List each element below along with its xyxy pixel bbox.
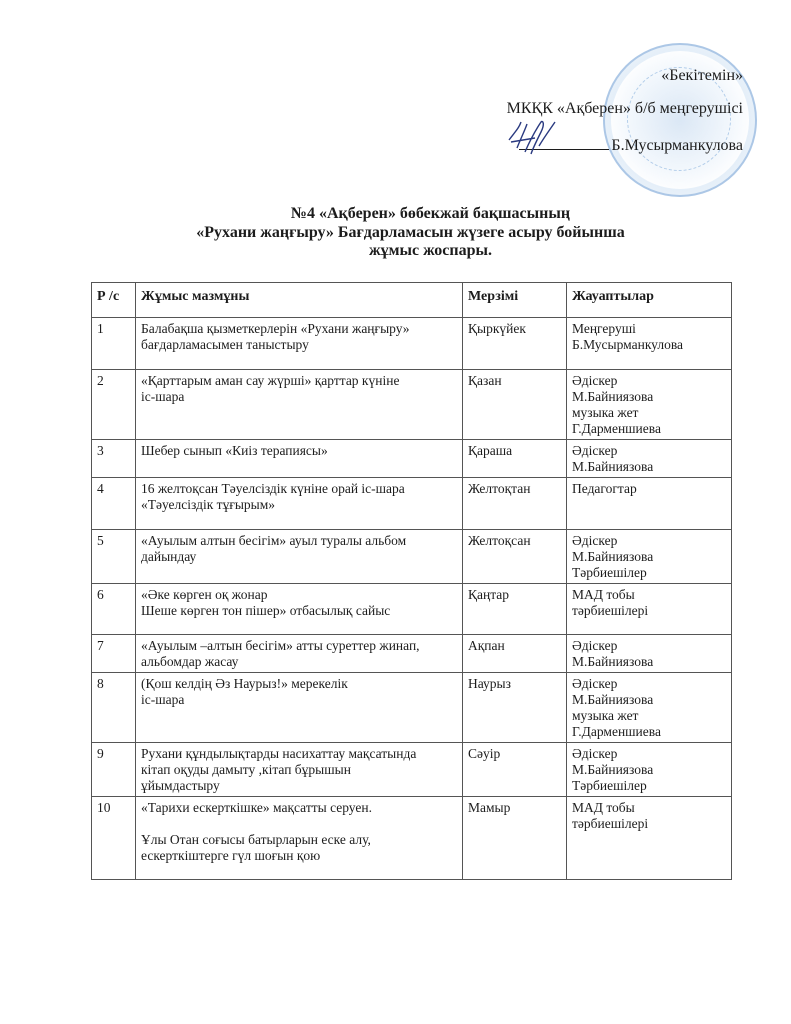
cell-responsible: МАД тобытәрбиешілері bbox=[567, 797, 732, 880]
cell-term: Қараша bbox=[463, 440, 567, 478]
title-line-2: «Рухани жаңғыру» Бағдарламасын жүзеге ас… bbox=[30, 224, 791, 243]
cell-responsible: МАД тобытәрбиешілері bbox=[567, 584, 732, 635]
cell-responsible-line: М.Байниязова bbox=[572, 654, 727, 670]
cell-number: 6 bbox=[92, 584, 136, 635]
table-row: 10«Тарихи ескерткішке» мақсатты серуен.Ұ… bbox=[92, 797, 732, 880]
cell-content: 16 желтоқсан Тәуелсіздік күніне орай іс-… bbox=[136, 478, 463, 530]
cell-content: «Ауылым –алтын бесігім» атты суреттер жи… bbox=[136, 635, 463, 673]
cell-content-line: «Тәуелсіздік тұғырым» bbox=[141, 497, 458, 513]
cell-content-line: «Әке көрген оқ жонар bbox=[141, 587, 458, 603]
cell-content: Балабақша қызметкерлерін «Рухани жаңғыру… bbox=[136, 318, 463, 370]
cell-responsible-line: Әдіскер bbox=[572, 676, 727, 692]
cell-responsible-line: Әдіскер bbox=[572, 443, 727, 459]
approver-name: Б.Мусырманкулова bbox=[611, 137, 743, 154]
cell-responsible-line: Г.Дарменшиева bbox=[572, 421, 727, 437]
cell-term: Қаңтар bbox=[463, 584, 567, 635]
cell-responsible: Педагогтар bbox=[567, 478, 732, 530]
cell-responsible-line: тәрбиешілері bbox=[572, 816, 727, 832]
cell-content: «Тарихи ескерткішке» мақсатты серуен.Ұлы… bbox=[136, 797, 463, 880]
cell-term: Желтоқсан bbox=[463, 530, 567, 584]
cell-responsible-line: М.Байниязова bbox=[572, 762, 727, 778]
cell-responsible: ӘдіскерМ.Байниязовамузыка жетГ.Дарменшие… bbox=[567, 673, 732, 743]
cell-content-line: альбомдар жасау bbox=[141, 654, 458, 670]
cell-responsible-line: Әдіскер bbox=[572, 746, 727, 762]
cell-content-line: (Қош келдің Әз Наурыз!» мерекелік bbox=[141, 676, 458, 692]
cell-content: «Қарттарым аман сау жүрші» қарттар күнін… bbox=[136, 370, 463, 440]
cell-responsible-line: М.Байниязова bbox=[572, 389, 727, 405]
cell-responsible-line: Әдіскер bbox=[572, 373, 727, 389]
cell-number: 5 bbox=[92, 530, 136, 584]
header-number: Р /с bbox=[92, 283, 136, 318]
work-plan-table: Р /с Жұмыс мазмұны Мерзімі Жауаптылар 1Б… bbox=[91, 282, 732, 880]
title-line-3: жұмыс жоспары. bbox=[70, 242, 791, 261]
cell-content-line: Рухани құндылықтарды насихаттау мақсатын… bbox=[141, 746, 458, 762]
approval-block: «Бекітемін» МКҚК «Ақберен» б/б меңгеруші… bbox=[0, 0, 791, 200]
table-row: 416 желтоқсан Тәуелсіздік күніне орай іс… bbox=[92, 478, 732, 530]
cell-content: Шебер сынып «Киіз терапиясы» bbox=[136, 440, 463, 478]
cell-content-line: дайындау bbox=[141, 549, 458, 565]
cell-content: «Ауылым алтын бесігім» ауыл туралы альбо… bbox=[136, 530, 463, 584]
cell-content-line: Шеше көрген тон пішер» отбасылық сайыс bbox=[141, 603, 458, 619]
cell-content-line: іс-шара bbox=[141, 389, 458, 405]
table-row: 7«Ауылым –алтын бесігім» атты суреттер ж… bbox=[92, 635, 732, 673]
header-responsible: Жауаптылар bbox=[567, 283, 732, 318]
cell-content-line: ұйымдастыру bbox=[141, 778, 458, 794]
cell-content-line: Балабақша қызметкерлерін «Рухани жаңғыру… bbox=[141, 321, 458, 337]
document-title: №4 «Ақберен» бөбекжай бақшасының «Рухани… bbox=[0, 205, 791, 261]
table-row: 5«Ауылым алтын бесігім» ауыл туралы альб… bbox=[92, 530, 732, 584]
cell-term: Желтоқтан bbox=[463, 478, 567, 530]
cell-responsible-line: музыка жет bbox=[572, 708, 727, 724]
cell-responsible-line: М.Байниязова bbox=[572, 459, 727, 475]
cell-term: Сәуір bbox=[463, 743, 567, 797]
cell-number: 10 bbox=[92, 797, 136, 880]
table-row: 1Балабақша қызметкерлерін «Рухани жаңғыр… bbox=[92, 318, 732, 370]
handwritten-signature-icon bbox=[505, 118, 565, 158]
cell-content: Рухани құндылықтарды насихаттау мақсатын… bbox=[136, 743, 463, 797]
cell-responsible: ӘдіскерМ.Байниязова bbox=[567, 440, 732, 478]
cell-number: 1 bbox=[92, 318, 136, 370]
cell-term: Қыркүйек bbox=[463, 318, 567, 370]
cell-content-line: кітап оқуды дамыту ,кітап бұрышын bbox=[141, 762, 458, 778]
table-row: 8(Қош келдің Әз Наурыз!» мерекелікіс-шар… bbox=[92, 673, 732, 743]
cell-responsible-line: МАД тобы bbox=[572, 800, 727, 816]
approval-label: «Бекітемін» bbox=[661, 67, 743, 85]
cell-content-line: 16 желтоқсан Тәуелсіздік күніне орай іс-… bbox=[141, 481, 458, 497]
approver-position: МКҚК «Ақберен» б/б меңгерушісі bbox=[507, 100, 743, 118]
cell-content-line: Шебер сынып «Киіз терапиясы» bbox=[141, 443, 458, 459]
table-row: 3Шебер сынып «Киіз терапиясы»ҚарашаӘдіск… bbox=[92, 440, 732, 478]
cell-responsible-line: музыка жет bbox=[572, 405, 727, 421]
cell-responsible: ӘдіскерМ.Байниязовамузыка жетГ.Дарменшие… bbox=[567, 370, 732, 440]
cell-responsible-line: Меңгеруші bbox=[572, 321, 727, 337]
cell-responsible: МеңгерушіБ.Мусырманкулова bbox=[567, 318, 732, 370]
cell-content: «Әке көрген оқ жонарШеше көрген тон піше… bbox=[136, 584, 463, 635]
cell-number: 3 bbox=[92, 440, 136, 478]
cell-content-line: «Қарттарым аман сау жүрші» қарттар күнін… bbox=[141, 373, 458, 389]
cell-content-line: «Ауылым алтын бесігім» ауыл туралы альбо… bbox=[141, 533, 458, 549]
cell-responsible: ӘдіскерМ.Байниязова bbox=[567, 635, 732, 673]
cell-responsible-line: Әдіскер bbox=[572, 533, 727, 549]
cell-responsible-line: Әдіскер bbox=[572, 638, 727, 654]
cell-responsible: Әдіскер М.БайниязоваТәрбиешілер bbox=[567, 530, 732, 584]
cell-responsible-line: М.Байниязова bbox=[572, 549, 727, 565]
cell-responsible-line: МАД тобы bbox=[572, 587, 727, 603]
table-row: 2«Қарттарым аман сау жүрші» қарттар күні… bbox=[92, 370, 732, 440]
table-header-row: Р /с Жұмыс мазмұны Мерзімі Жауаптылар bbox=[92, 283, 732, 318]
cell-content-line: бағдарламасымен таныстыру bbox=[141, 337, 458, 353]
cell-content-line: «Тарихи ескерткішке» мақсатты серуен. bbox=[141, 800, 458, 816]
cell-responsible: Әдіскер М.БайниязоваТәрбиешілер bbox=[567, 743, 732, 797]
cell-number: 8 bbox=[92, 673, 136, 743]
header-term: Мерзімі bbox=[463, 283, 567, 318]
cell-content-line bbox=[141, 816, 458, 832]
cell-term: Ақпан bbox=[463, 635, 567, 673]
cell-responsible-line: Педагогтар bbox=[572, 481, 727, 497]
cell-responsible-line: тәрбиешілері bbox=[572, 603, 727, 619]
cell-number: 2 bbox=[92, 370, 136, 440]
cell-content-line: іс-шара bbox=[141, 692, 458, 708]
cell-responsible-line: Тәрбиешілер bbox=[572, 565, 727, 581]
cell-term: Қазан bbox=[463, 370, 567, 440]
cell-responsible-line: Б.Мусырманкулова bbox=[572, 337, 727, 353]
header-content: Жұмыс мазмұны bbox=[136, 283, 463, 318]
cell-responsible-line: Г.Дарменшиева bbox=[572, 724, 727, 740]
cell-responsible-line: М.Байниязова bbox=[572, 692, 727, 708]
cell-content: (Қош келдің Әз Наурыз!» мерекелікіс-шара bbox=[136, 673, 463, 743]
cell-number: 7 bbox=[92, 635, 136, 673]
cell-number: 4 bbox=[92, 478, 136, 530]
cell-content-line: Ұлы Отан соғысы батырларын еске алу, bbox=[141, 832, 458, 848]
cell-responsible-line: Тәрбиешілер bbox=[572, 778, 727, 794]
cell-number: 9 bbox=[92, 743, 136, 797]
cell-term: Наурыз bbox=[463, 673, 567, 743]
cell-content-line: ескерткіштерге гүл шоғын қою bbox=[141, 848, 458, 864]
title-line-1: №4 «Ақберен» бөбекжай бақшасының bbox=[70, 205, 791, 224]
table-row: 6«Әке көрген оқ жонарШеше көрген тон піш… bbox=[92, 584, 732, 635]
table-row: 9Рухани құндылықтарды насихаттау мақсаты… bbox=[92, 743, 732, 797]
cell-content-line: «Ауылым –алтын бесігім» атты суреттер жи… bbox=[141, 638, 458, 654]
cell-term: Мамыр bbox=[463, 797, 567, 880]
